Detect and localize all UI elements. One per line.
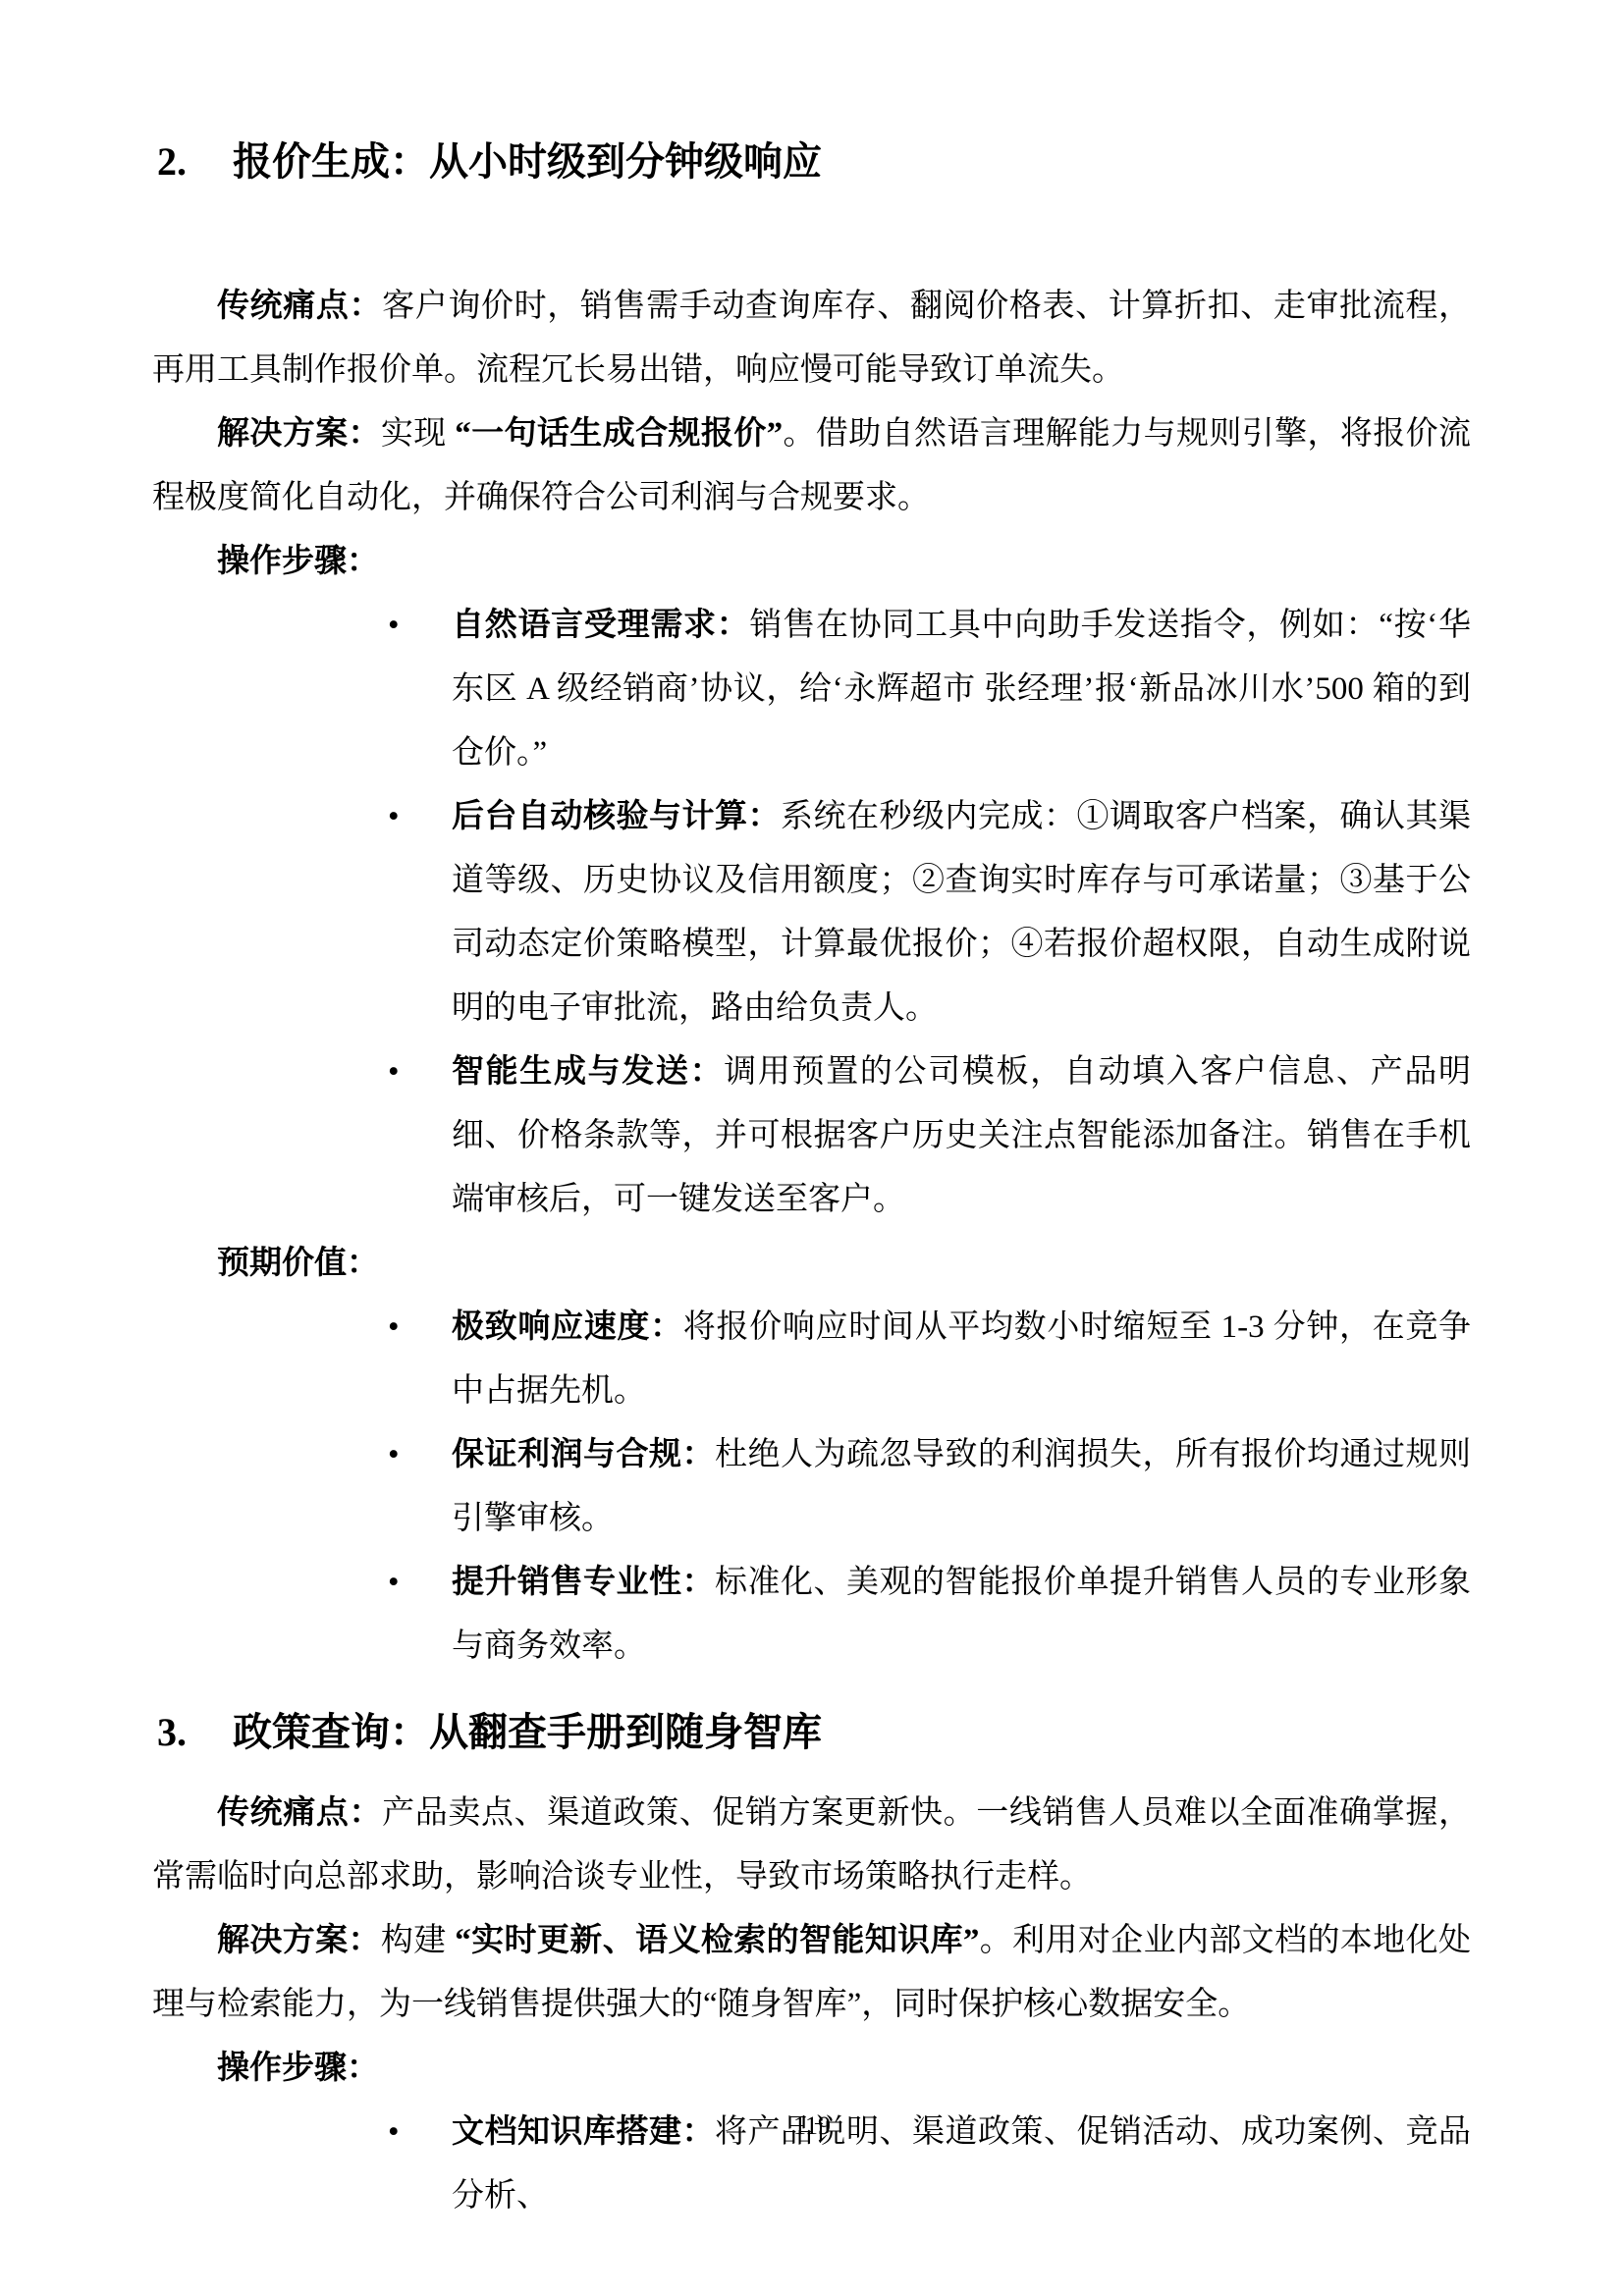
section-2-number: 2. (157, 137, 233, 187)
bullet-icon: • (388, 1296, 400, 1360)
value-label: 保证利润与合规： (452, 1437, 715, 1472)
step-label: 后台自动核验与计算： (452, 799, 781, 834)
pain-label: 传统痛点： (217, 1795, 382, 1831)
step-item-backend-check: •后台自动核验与计算：系统在秒级内完成：①调取客户档案，确认其渠道等级、历史协议… (152, 785, 1471, 1041)
value-item-profit-compliance: •保证利润与合规：杜绝人为疏忽导致的利润损失，所有报价均通过规则引擎审核。 (152, 1423, 1471, 1551)
solution-bold-phrase: “一句话生成合规报价” (455, 416, 783, 452)
bullet-icon: • (388, 1423, 400, 1487)
step-label: 自然语言受理需求： (452, 608, 750, 643)
pain-label: 传统痛点： (217, 289, 382, 324)
section-2-steps-label: 操作步骤： (217, 530, 1471, 594)
step-item-natural-language: •自然语言受理需求：销售在协同工具中向助手发送指令，例如：“按‘华东区 A 级经… (152, 594, 1471, 785)
section-2-value-label: 预期价值： (217, 1232, 1471, 1296)
bullet-icon: • (388, 594, 400, 658)
section-3-pain-paragraph: 传统痛点：产品卖点、渠道政策、促销方案更新快。一线销售人员难以全面准确掌握，常需… (152, 1782, 1471, 1909)
section-3-solution-paragraph: 解决方案：构建 “实时更新、语义检索的智能知识库”。利用对企业内部文档的本地化处… (152, 1909, 1471, 2037)
section-2-title: 报价生成：从小时级到分钟级响应 (233, 137, 822, 187)
solution-pre: 构建 (381, 1923, 455, 1958)
value-item-speed: •极致响应速度：将报价响应时间从平均数小时缩短至 1-3 分钟，在竞争中占据先机… (152, 1296, 1471, 1423)
bullet-icon: • (388, 1041, 400, 1104)
solution-bold-phrase: “实时更新、语义检索的智能知识库” (455, 1923, 979, 1958)
value-item-professionalism: •提升销售专业性：标准化、美观的智能报价单提升销售人员的专业形象与商务效率。 (152, 1551, 1471, 1679)
section-3-steps-label: 操作步骤： (217, 2037, 1471, 2101)
solution-pre: 实现 (381, 416, 455, 452)
value-label: 极致响应速度： (452, 1309, 683, 1345)
section-2-pain-paragraph: 传统痛点：客户询价时，销售需手动查询库存、翻阅价格表、计算折扣、走审批流程，再用… (152, 275, 1471, 402)
value-label: 提升销售专业性： (452, 1565, 715, 1600)
step-item-smart-send: •智能生成与发送：调用预置的公司模板，自动填入客户信息、产品明细、价格条款等，并… (152, 1041, 1471, 1232)
solution-label: 解决方案： (217, 1923, 381, 1958)
section-2-solution-paragraph: 解决方案：实现 “一句话生成合规报价”。借助自然语言理解能力与规则引擎，将报价流… (152, 402, 1471, 530)
step-label: 智能生成与发送： (452, 1054, 724, 1090)
bullet-icon: • (388, 1551, 400, 1615)
section-2-heading: 2. 报价生成：从小时级到分钟级响应 (152, 137, 1471, 187)
section-3-title: 政策查询：从翻查手册到随身智库 (233, 1708, 822, 1757)
solution-label: 解决方案： (217, 416, 381, 452)
section-3-heading: 3. 政策查询：从翻查手册到随身智库 (152, 1708, 1471, 1757)
section-3-number: 3. (157, 1708, 233, 1757)
document-page: 2. 报价生成：从小时级到分钟级响应 传统痛点：客户询价时，销售需手动查询库存、… (0, 0, 1624, 2296)
page-number: 119 (0, 2110, 1624, 2142)
bullet-icon: • (388, 785, 400, 849)
